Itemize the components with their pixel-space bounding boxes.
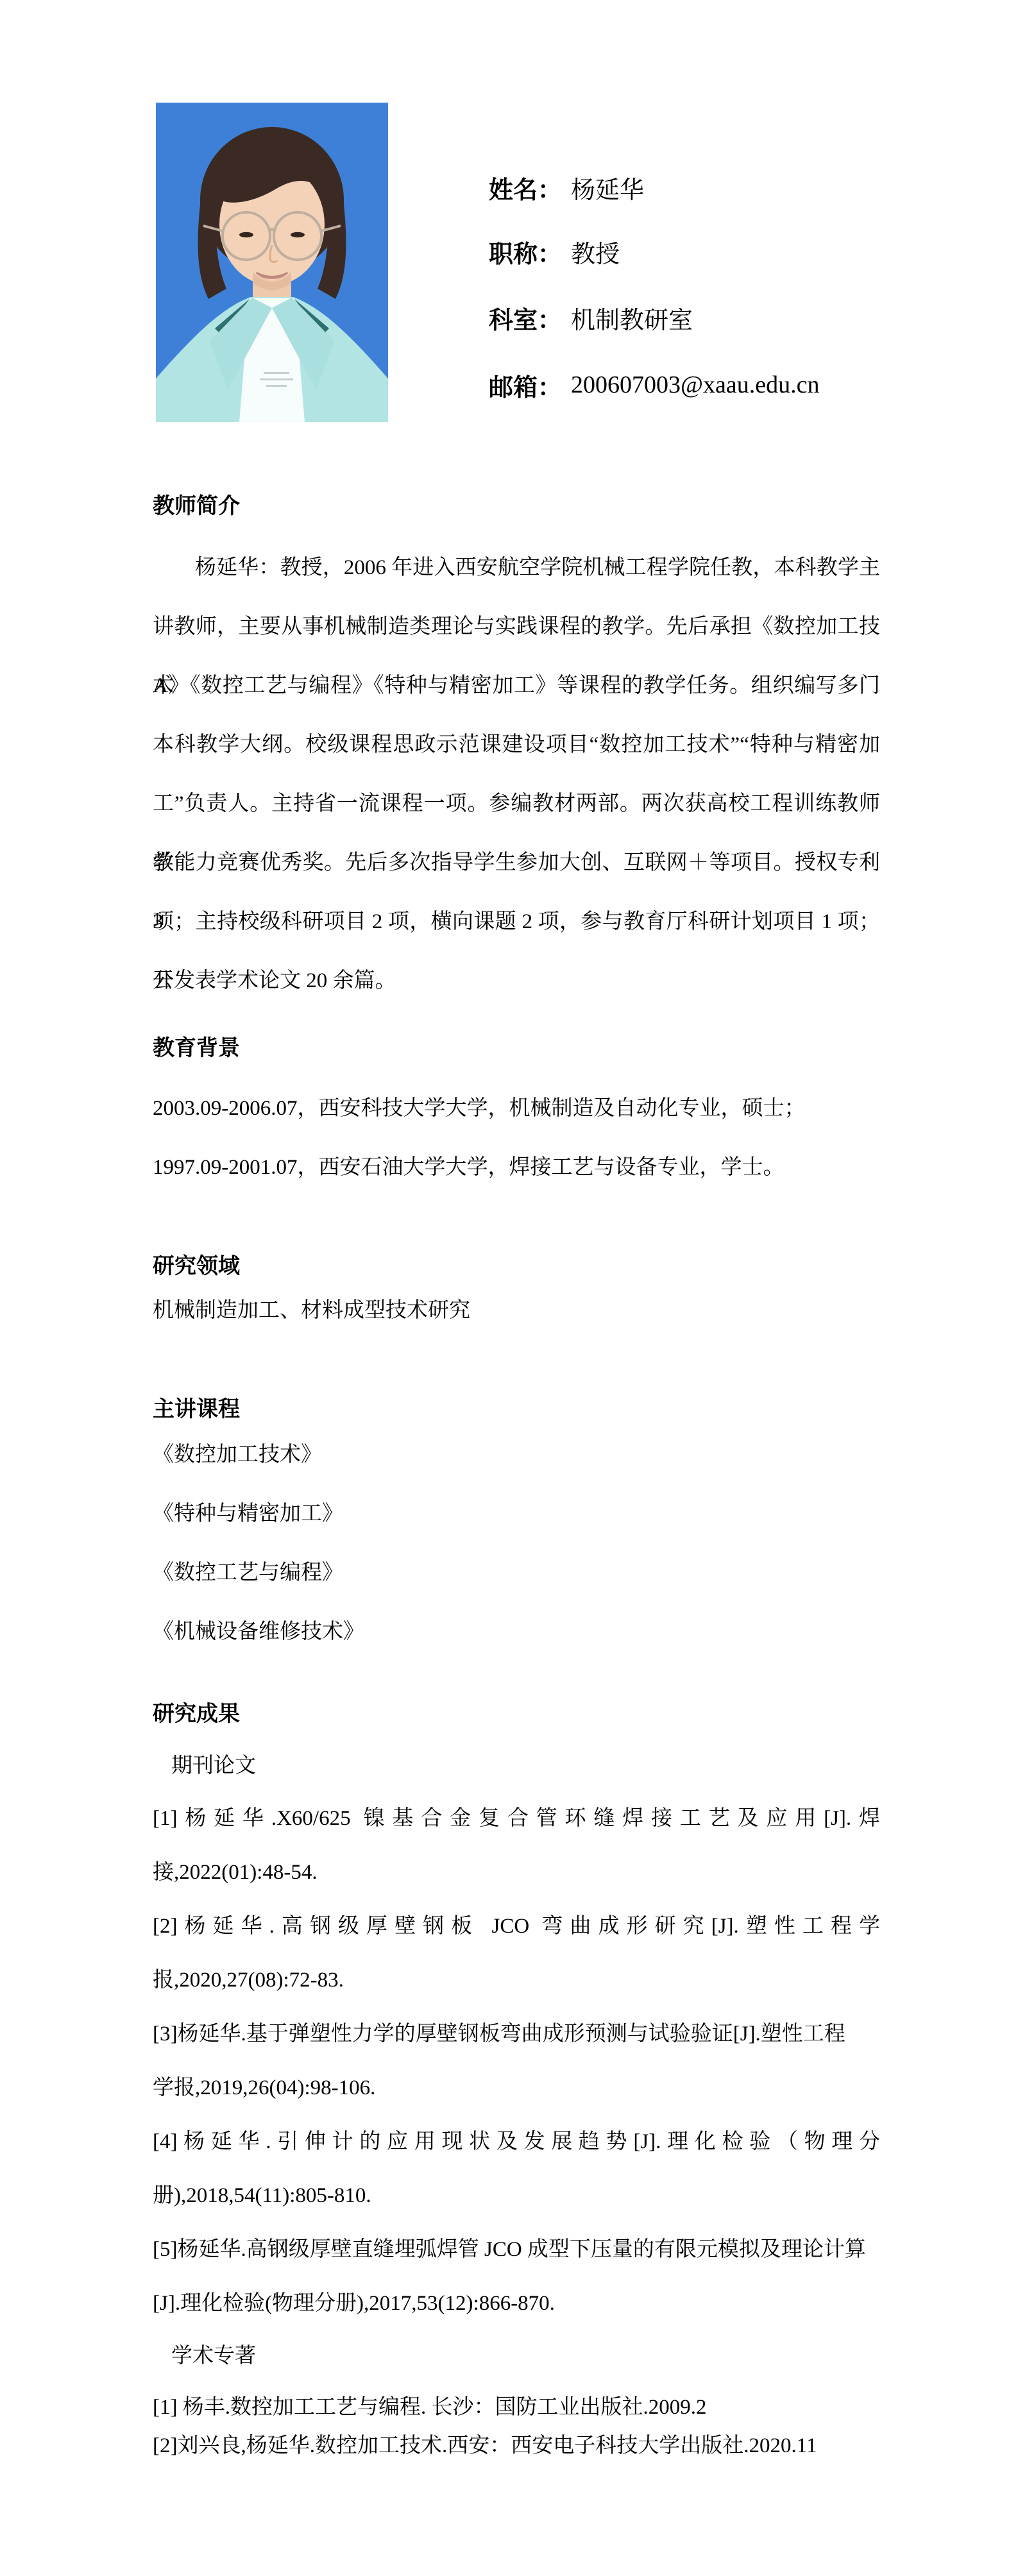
- monographs-list: [1] 杨丰.数控加工工艺与编程. 长沙：国防工业出版社.2009.2[2]刘兴…: [153, 2388, 880, 2465]
- text-line: 《特种与精密加工》: [153, 1484, 880, 1543]
- field-office-value: 机制教研室: [571, 300, 693, 335]
- text-line: 《数控工艺与编程》: [153, 1543, 880, 1602]
- text-line: [1] 杨丰.数控加工工艺与编程. 长沙：国防工业出版社.2009.2: [153, 2388, 880, 2427]
- text-line: 本科教学大纲。校级课程思政示范课建设项目“数控加工技术”“特种与精密加: [153, 715, 880, 774]
- field-email-value: 200607003@xaau.edu.cn: [571, 371, 819, 399]
- field-name-label: 姓名：: [489, 170, 562, 205]
- field-title-label: 职称：: [489, 234, 562, 269]
- eye-left: [239, 232, 253, 237]
- field-email-label: 邮箱：: [489, 368, 562, 403]
- text-line: 册),2018,54(11):805-810.: [153, 2169, 880, 2223]
- text-line: [3]杨延华.基于弹塑性力学的厚壁钢板弯曲成形预测与试验验证[J].塑性工程: [153, 2007, 880, 2061]
- text-line: 机械制造加工、材料成型技术研究: [153, 1281, 880, 1340]
- subheading-journal-papers: 期刊论文: [153, 1736, 899, 1795]
- portrait-photo: [156, 103, 388, 422]
- text-line: [5]杨延华.高钢级厚壁直缝埋弧焊管 JCO 成型下压量的有限元模拟及理论计算: [153, 2223, 880, 2276]
- field-office-label: 科室：: [489, 300, 562, 335]
- text-line: 工”负责人。主持省一流课程一项。参编教材两部。两次获高校工程训练教师教: [153, 774, 880, 833]
- text-line: 1997.09-2001.07，西安石油大学大学，焊接工艺与设备专业，学士。: [153, 1138, 880, 1197]
- portrait-photo-svg: [156, 103, 388, 422]
- text-line: 学能力竞赛优秀奖。先后多次指导学生参加大创、互联网＋等项目。授权专利 3: [153, 833, 880, 892]
- text-line: 讲教师，主要从事机械制造类理论与实践课程的教学。先后承担《数控加工技术: [153, 597, 880, 656]
- text-line: 杨延华：教授，2006 年进入西安航空学院机械工程学院任教，本科教学主: [153, 538, 880, 597]
- education-list: 2003.09-2006.07，西安科技大学大学，机械制造及自动化专业，硕士；1…: [153, 1079, 880, 1197]
- text-line: 《机械设备维修技术》: [153, 1602, 880, 1661]
- field-email: 邮箱： 200607003@xaau.edu.cn: [489, 367, 819, 403]
- section-heading-achievements: 研究成果: [153, 1685, 880, 1744]
- text-line: [4]杨延华.引伸计的应用现状及发展趋势[J].理化检验（物理分: [153, 2115, 880, 2169]
- text-line: [J].理化检验(物理分册),2017,53(12):866-870.: [153, 2276, 880, 2330]
- field-title: 职称： 教授: [489, 233, 620, 269]
- text-line: 《数控加工技术》: [153, 1425, 880, 1484]
- text-line: 报,2020,27(08):72-83.: [153, 1953, 880, 2007]
- text-line: [1]杨延华.X60/625 镍基合金复合管环缝焊接工艺及应用[J].焊: [153, 1792, 880, 1845]
- section-heading-intro: 教师简介: [153, 477, 880, 536]
- text-line: A》《数控工艺与编程》《特种与精密加工》等课程的教学任务。组织编写多门: [153, 656, 880, 715]
- research-field-text: 机械制造加工、材料成型技术研究: [153, 1281, 880, 1340]
- text-line: 学报,2019,26(04):98-106.: [153, 2061, 880, 2115]
- journal-papers-list: [1]杨延华.X60/625 镍基合金复合管环缝焊接工艺及应用[J].焊接,20…: [153, 1792, 880, 2330]
- text-line: 开发表学术论文 20 余篇。: [153, 951, 880, 1010]
- subheading-monographs: 学术专著: [153, 2329, 899, 2383]
- text-line: 项；主持校级科研项目 2 项，横向课题 2 项，参与教育厅科研计划项目 1 项；…: [153, 892, 880, 951]
- field-office: 科室： 机制教研室: [489, 300, 693, 335]
- text-line: 2003.09-2006.07，西安科技大学大学，机械制造及自动化专业，硕士；: [153, 1079, 880, 1138]
- field-name-value: 杨延华: [571, 170, 644, 205]
- text-line: 接,2022(01):48-54.: [153, 1845, 880, 1899]
- intro-paragraph: 杨延华：教授，2006 年进入西安航空学院机械工程学院任教，本科教学主讲教师，主…: [153, 538, 880, 1010]
- eye-right: [291, 232, 305, 237]
- field-title-value: 教授: [571, 234, 620, 269]
- text-line: [2]刘兴良,杨延华.数控加工技术.西安：西安电子科技大学出版社.2020.11: [153, 2427, 880, 2465]
- text-line: [2]杨延华.高钢级厚壁钢板 JCO 弯曲成形研究[J].塑性工程学: [153, 1899, 880, 1953]
- faculty-profile-page: { "colors": { "photo_bg": "#3e80d8", "ja…: [0, 0, 1018, 2576]
- field-name: 姓名： 杨延华: [489, 169, 644, 205]
- section-heading-education: 教育背景: [153, 1019, 880, 1078]
- courses-list: 《数控加工技术》《特种与精密加工》《数控工艺与编程》《机械设备维修技术》: [153, 1425, 880, 1661]
